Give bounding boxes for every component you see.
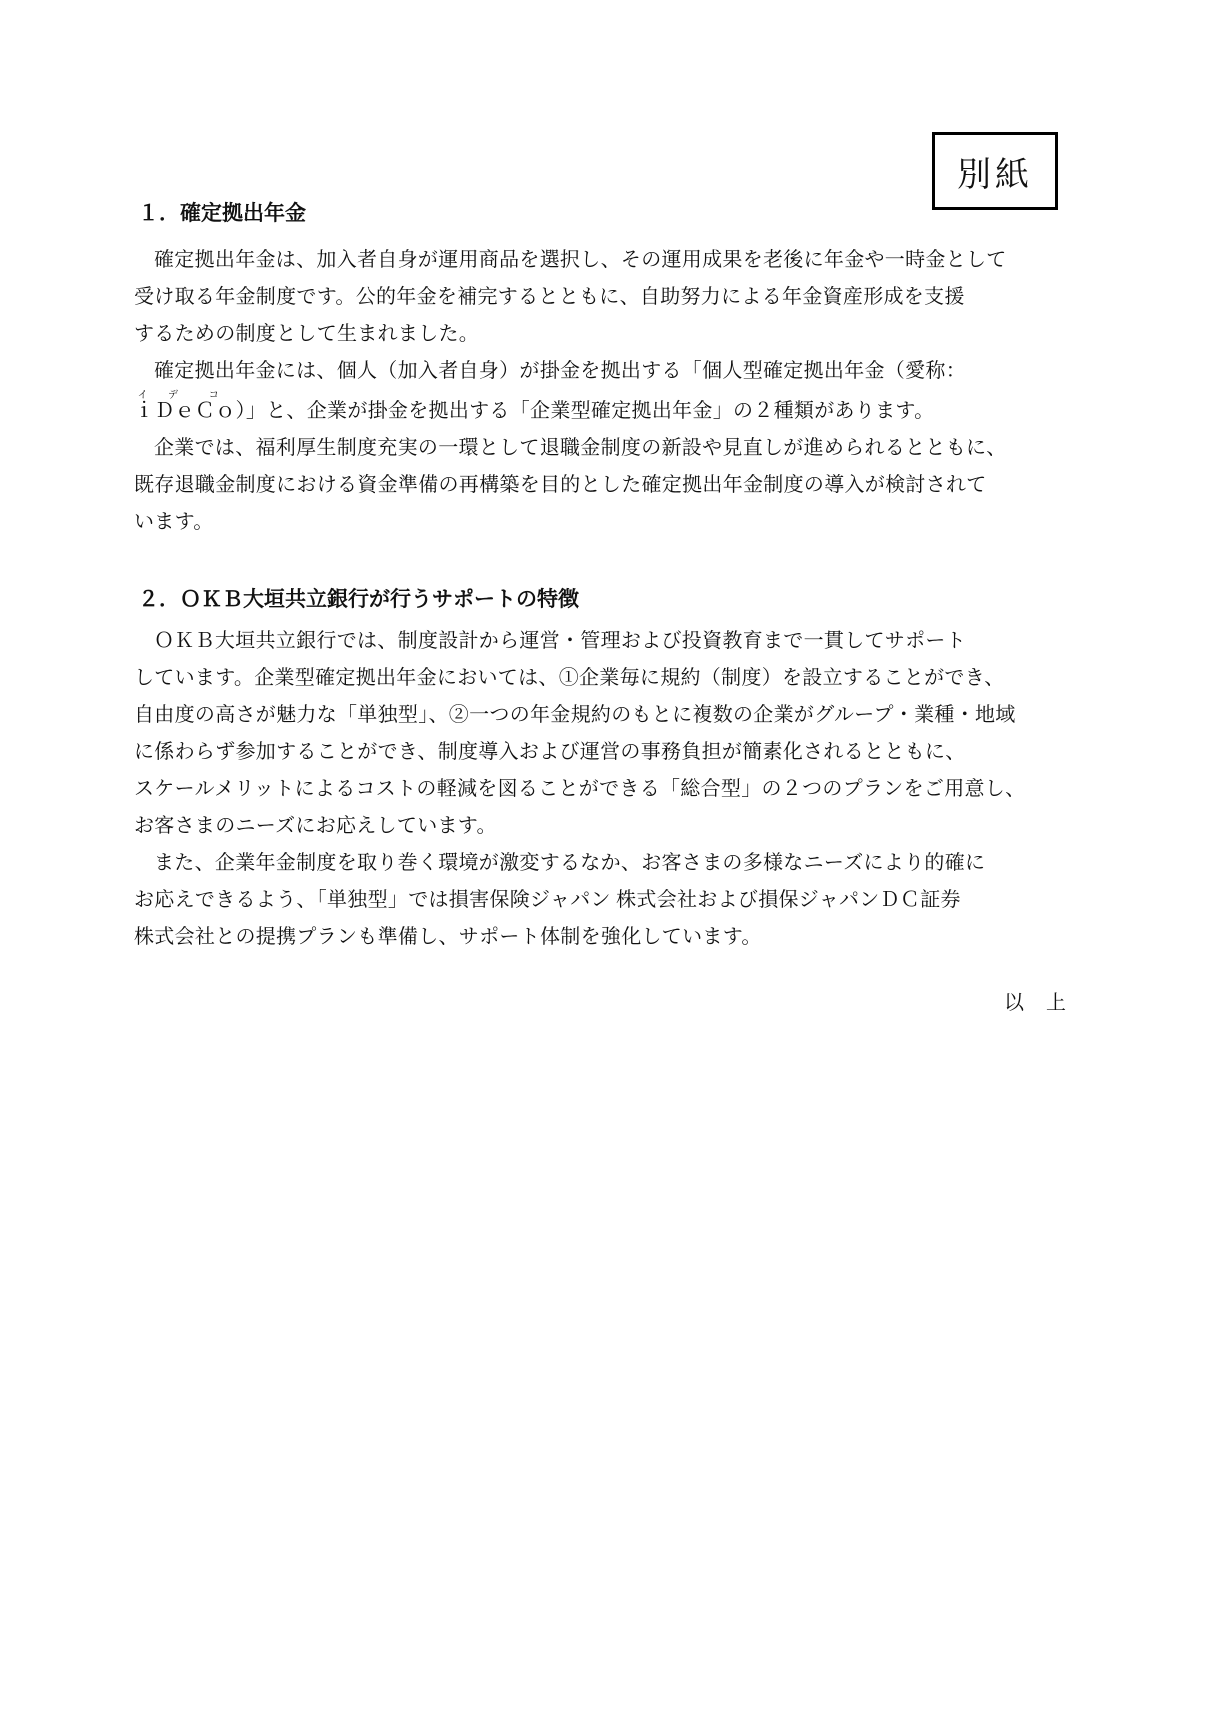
paragraph-line-ideco: ｉイＤｅデＣｏコ）」と、企業が掛金を拠出する「企業型確定拠出年金」の２種類があり… [134,390,1067,430]
ideco-ruby: ｉイ [134,400,154,422]
paragraph-line: 既存退職金制度における資金準備の再構築を目的とした確定拠出年金制度の導入が検討さ… [134,467,1067,504]
section2-paragraph2: また、企業年金制度を取り巻く環境が激変するなか、お客さまの多様なニーズにより的確… [134,845,1067,956]
section1-heading: １．確定拠出年金 [138,199,1067,229]
paragraph-line-rest: ）」と、企業が掛金を拠出する「企業型確定拠出年金」の２種類があります。 [236,400,935,422]
paragraph-line: お客さまのニーズにお応えしています。 [134,808,1067,845]
ideco-ruby-base: ｉ [134,400,154,422]
closing-statement: 以 上 [134,985,1067,1022]
ideco-ruby-base: Ｄｅ [154,400,195,422]
paragraph-line: また、企業年金制度を取り巻く環境が激変するなか、お客さまの多様なニーズにより的確… [134,845,1067,882]
section2-heading: ２．ＯＫＢ大垣共立銀行が行うサポートの特徴 [138,585,1067,615]
paragraph-line: ＯＫＢ大垣共立銀行では、制度設計から運営・管理および投資教育まで一貫してサポート [134,623,1067,660]
section1-paragraph1: 確定拠出年金は、加入者自身が運用商品を選択し、その運用成果を老後に年金や一時金と… [134,242,1067,353]
ideco-ruby-base: Ｃｏ [195,400,236,422]
paragraph-line: するための制度として生まれました。 [134,316,1067,353]
section2-paragraph1: ＯＫＢ大垣共立銀行では、制度設計から運営・管理および投資教育まで一貫してサポート… [134,623,1067,845]
paragraph-line: 確定拠出年金には、個人（加入者自身）が掛金を拠出する「個人型確定拠出年金（愛称： [134,353,1067,390]
document-content: １．確定拠出年金 確定拠出年金は、加入者自身が運用商品を選択し、その運用成果を老… [134,199,1067,1022]
paragraph-line: スケールメリットによるコストの軽減を図ることができる「総合型」の２つのプランをご… [134,771,1067,808]
ideco-ruby-text: イ [134,390,154,401]
paragraph-line: 確定拠出年金は、加入者自身が運用商品を選択し、その運用成果を老後に年金や一時金と… [134,242,1067,279]
ideco-ruby-text: コ [195,390,236,401]
paragraph-line: しています。企業型確定拠出年金においては、①企業毎に規約（制度）を設立することが… [134,660,1067,697]
section1-paragraph2: 確定拠出年金には、個人（加入者自身）が掛金を拠出する「個人型確定拠出年金（愛称：… [134,353,1067,430]
paragraph-line: お応えできるよう、「単独型」では損害保険ジャパン 株式会社および損保ジャパンＤＣ… [134,882,1067,919]
ideco-ruby: Ｃｏコ [195,400,236,422]
document-page: 別紙 １．確定拠出年金 確定拠出年金は、加入者自身が運用商品を選択し、その運用成… [0,0,1209,1712]
attachment-label: 別紙 [957,147,1033,196]
section1-paragraph3: 企業では、福利厚生制度充実の一環として退職金制度の新設や見直しが進められるととも… [134,430,1067,541]
ideco-ruby: Ｄｅデ [154,400,195,422]
paragraph-line: います。 [134,504,1067,541]
paragraph-line: 株式会社との提携プランも準備し、サポート体制を強化しています。 [134,919,1067,956]
paragraph-line: 企業では、福利厚生制度充実の一環として退職金制度の新設や見直しが進められるととも… [134,430,1067,467]
paragraph-line: 受け取る年金制度です。公的年金を補完するとともに、自助努力による年金資産形成を支… [134,279,1067,316]
ideco-ruby-text: デ [154,390,195,401]
paragraph-line: 自由度の高さが魅力な「単独型」、②一つの年金規約のもとに複数の企業がグループ・業… [134,697,1067,734]
paragraph-line: に係わらず参加することができ、制度導入および運営の事務負担が簡素化されるとともに… [134,734,1067,771]
